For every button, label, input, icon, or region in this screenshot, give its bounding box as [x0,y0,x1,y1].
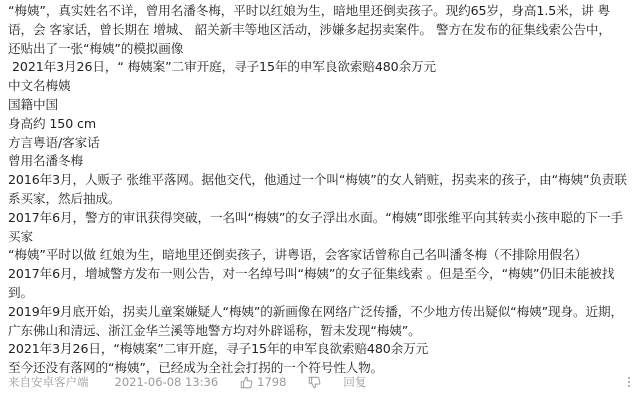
comment-line: 到。 [8,284,632,303]
thumbs-down-icon [308,376,321,389]
thumbs-up-icon [240,376,253,389]
more-options-button[interactable] [628,377,632,387]
comment-line: 中文名梅姨 [8,77,632,96]
comment-line: “梅姨”，真实姓名不详，曾用名潘冬梅，平时以红娘为生，暗地里还倒卖孩子。现约65… [8,2,632,21]
timestamp: 2021-06-08 13:36 [115,375,219,389]
comment-card: “梅姨”，真实姓名不详，曾用名潘冬梅，平时以红娘为生，暗地里还倒卖孩子。现约65… [0,0,640,393]
like-count: 1798 [257,375,286,389]
like-button[interactable]: 1798 [240,375,286,389]
vertical-dots-icon [628,377,630,379]
reply-button[interactable]: 回复 [343,374,366,390]
comment-line: 身高约 150 cm [8,115,632,134]
comment-line: 2021年3月26日，“ 梅姨案”二审开庭，寻子15年的申军良欲索赔480余万元 [8,58,632,77]
comment-line: 方言粤语/客家话 [8,134,632,153]
comment-line: 系买家，然后抽成。 [8,190,632,209]
comment-line: “梅姨”平时以做 红娘为生，暗地里还倒卖孩子，讲粤语，会客家话曾称自己名叫潘冬梅… [8,246,632,265]
comment-line: 语，会 客家话，曾长期在 增城、 韶关新丰等地区活动，涉嫌多起拐卖案件。 警方在… [8,21,632,40]
comment-line: 2019年9月底开始，拐卖儿童案嫌疑人“梅姨”的新画像在网络广泛传播，不少地方传… [8,303,632,322]
comment-line: 2017年6月，增城警方发布一则公告，对一名绰号叫“梅姨”的女子征集线索 。但是… [8,265,632,284]
comment-line: 2017年6月，警方的审讯获得突破，一名叫“梅姨”的女子浮出水面。“梅姨”即张维… [8,209,632,228]
comment-line: 广东佛山和清远、浙江金华兰溪等地警方均对外辟谣称，暂未发现“梅姨”。 [8,322,632,341]
dislike-button[interactable] [308,376,321,389]
comment-footer: 来自安卓客户端 2021-06-08 13:36 1798 回复 [8,373,632,391]
comment-line: 国籍中国 [8,96,632,115]
client-source: 来自安卓客户端 [8,374,89,390]
comment-line: 买家 [8,228,632,247]
comment-line: 2016年3月，人贩子 张维平落网。据他交代，他通过一个叫“梅姨”的女人销赃，拐… [8,171,632,190]
comment-line: 2021年3月26日，“梅姨案”二审开庭，寻子15年的申军良欲索赔480余万元 [8,340,632,359]
comment-line: 还贴出了一张“梅姨”的模拟画像 [8,40,632,59]
comment-body: “梅姨”，真实姓名不详，曾用名潘冬梅，平时以红娘为生，暗地里还倒卖孩子。现约65… [8,2,632,378]
comment-line: 曾用名潘冬梅 [8,152,632,171]
